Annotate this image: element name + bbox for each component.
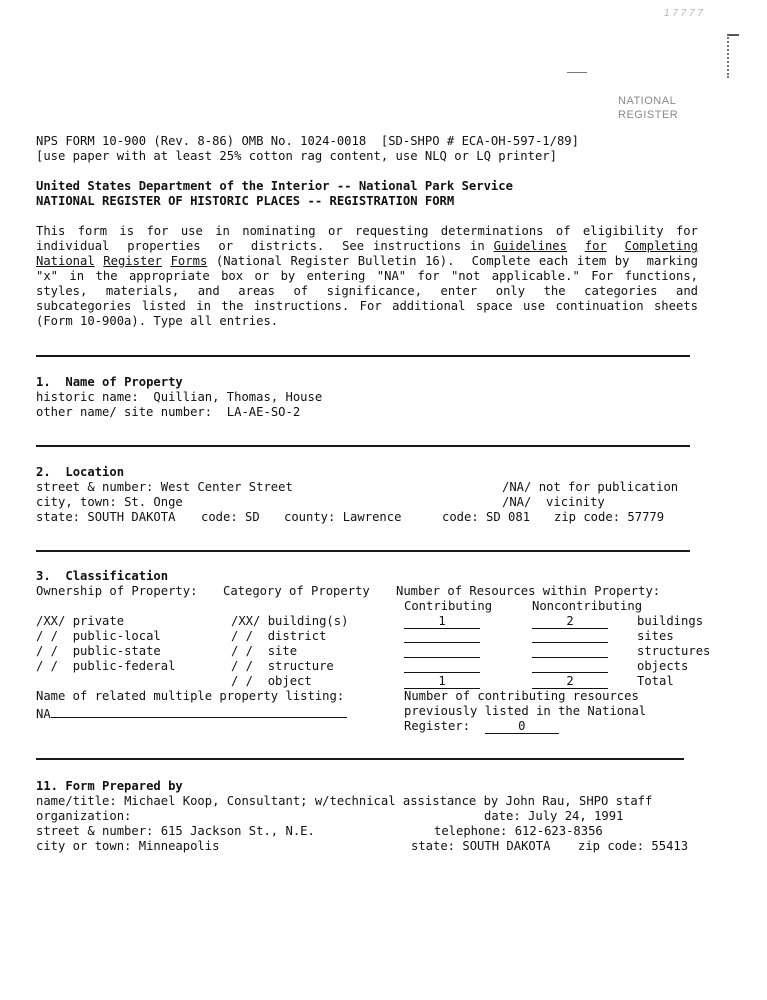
form-title: NATIONAL REGISTER OF HISTORIC PLACES -- …	[36, 194, 454, 209]
field-label: vicinity	[546, 495, 605, 509]
checkbox-mark: / /	[231, 674, 253, 688]
category-option-object: / / object	[231, 674, 312, 689]
multiple-listing-value: NA	[36, 707, 51, 721]
previously-listed-line2: previously listed in the National	[404, 704, 646, 719]
section2-heading: 2. Location	[36, 465, 124, 480]
category-label: Category of Property	[223, 584, 370, 599]
previously-listed-line1: Number of contributing resources	[404, 689, 639, 704]
instructions-line: (Form 10-900a). Type all entries.	[36, 314, 698, 329]
option-label: site	[268, 644, 297, 658]
date-value: July 24, 1991	[528, 809, 623, 823]
category-option-structure: / / structure	[231, 659, 334, 674]
instructions-line: subcategories listed in the instructions…	[36, 299, 698, 314]
ownership-option-public-federal: / / public-federal	[36, 659, 175, 674]
section-title: Name of Property	[65, 375, 182, 389]
section-divider	[36, 550, 690, 552]
ownership-option-public-state: / / public-state	[36, 644, 161, 659]
preparer-zip-value: 55413	[651, 839, 688, 853]
state-code-value: SD	[245, 510, 260, 524]
ownership-label: Ownership of Property:	[36, 584, 197, 599]
field-label: city, town:	[36, 495, 117, 509]
field-label: historic name:	[36, 390, 139, 404]
checkbox-mark: /XX/	[231, 614, 260, 628]
date-row: date: July 24, 1991	[484, 809, 623, 824]
field-label: telephone:	[434, 824, 507, 838]
county-code: code: SD 081	[442, 510, 530, 525]
historic-name-value: Quillian, Thomas, House	[153, 390, 322, 404]
resource-row-total: 1	[404, 674, 480, 689]
checkbox-mark: / /	[36, 644, 58, 658]
guidelines-link-text: Guidelines	[494, 239, 567, 253]
paper-instructions-line: [use paper with at least 25% cotton rag …	[36, 149, 557, 164]
contributing-count	[404, 629, 480, 643]
field-label: other name/ site number:	[36, 405, 212, 419]
instructions-line: individual properties or districts. See …	[36, 239, 698, 254]
previously-listed-count: 0	[485, 720, 559, 734]
option-label: private	[73, 614, 124, 628]
field-label: Register:	[404, 719, 470, 733]
site-number-value: LA-AE-SO-2	[227, 405, 300, 419]
zip: zip code: 57779	[554, 510, 664, 525]
stamp-national: NATIONAL	[618, 95, 676, 108]
form-number-line: NPS FORM 10-900 (Rev. 8-86) OMB No. 1024…	[36, 134, 579, 149]
option-label: object	[268, 674, 312, 688]
noncontributing-total: 2	[532, 675, 608, 689]
guidelines-link-text: Completing	[625, 239, 698, 253]
state-code: code: SD	[201, 510, 260, 525]
section11-heading: 11. Form Prepared by	[36, 779, 183, 794]
checkbox-mark: / /	[36, 629, 58, 643]
street-row: street & number: West Center Street	[36, 480, 293, 495]
ownership-option-public-local: / / public-local	[36, 629, 161, 644]
street-value: West Center Street	[161, 480, 293, 494]
preparer-state-value: SOUTH DAKOTA	[462, 839, 550, 853]
guidelines-link-text: for	[585, 239, 607, 253]
city-row: city, town: St. Onge	[36, 495, 183, 510]
section-title: Classification	[65, 569, 168, 583]
checkbox-mark: / /	[231, 629, 253, 643]
option-label: district	[268, 629, 327, 643]
noncontributing-count: 2	[532, 615, 608, 629]
city-value: St. Onge	[124, 495, 183, 509]
option-label: public-federal	[73, 659, 176, 673]
multiple-listing-blank	[51, 704, 347, 718]
preparer-zip-row: zip code: 55413	[578, 839, 688, 854]
field-label: date:	[484, 809, 521, 823]
telephone-row: telephone: 612-623-8356	[434, 824, 603, 839]
previously-listed-row: Register: 0	[404, 719, 559, 734]
option-label: building(s)	[268, 614, 349, 628]
state-value: SOUTH DAKOTA	[87, 510, 175, 524]
resources-label: Number of Resources within Property:	[396, 584, 660, 599]
ownership-option-private: /XX/ private	[36, 614, 124, 629]
option-label: public-local	[73, 629, 161, 643]
resource-type-label: sites	[637, 629, 674, 644]
handwritten-mark: 1 7 7 7 7	[664, 8, 703, 19]
stamp-register: REGISTER	[618, 109, 678, 122]
contributing-count	[404, 659, 480, 673]
category-option-site: / / site	[231, 644, 297, 659]
department-title: United States Department of the Interior…	[36, 179, 513, 194]
field-label: state:	[36, 510, 80, 524]
field-label: not for publication	[539, 480, 678, 494]
checkbox-mark: / /	[36, 659, 58, 673]
contributing-total: 1	[404, 675, 480, 689]
preparer-city-row: city or town: Minneapolis	[36, 839, 219, 854]
multiple-listing-row: NA	[36, 704, 347, 722]
noncontributing-count	[532, 629, 608, 643]
preparer-street-value: 615 Jackson St., N.E.	[161, 824, 315, 838]
telephone-value: 612-623-8356	[515, 824, 603, 838]
preparer-name-row: name/title: Michael Koop, Consultant; w/…	[36, 794, 652, 809]
resource-cell: 2	[532, 614, 608, 629]
zip-value: 57779	[627, 510, 664, 524]
section-title: Location	[65, 465, 124, 479]
county: county: Lawrence	[284, 510, 401, 525]
resource-type-label: Total	[637, 674, 674, 689]
historic-name-row: historic name: Quillian, Thomas, House	[36, 390, 322, 405]
instructions-line: styles, materials, and areas of signific…	[36, 284, 698, 299]
county-value: Lawrence	[343, 510, 402, 524]
instructions-paragraph: This form is for use in nominating or re…	[36, 224, 698, 329]
field-label: organization:	[36, 809, 131, 823]
resource-type-label: structures	[637, 644, 710, 659]
field-label: street & number:	[36, 480, 153, 494]
checkbox-mark: /NA/	[502, 480, 531, 494]
section3-heading: 3. Classification	[36, 569, 168, 584]
instructions-line: "x" in the appropriate box or by enterin…	[36, 269, 698, 284]
state-row: state: SOUTH DAKOTA	[36, 510, 175, 525]
field-label: code:	[442, 510, 479, 524]
vicinity-row: /NA/ vicinity	[502, 495, 605, 510]
instructions-line: This form is for use in nominating or re…	[36, 224, 698, 239]
multiple-listing-label: Name of related multiple property listin…	[36, 689, 344, 704]
preparer-state-row: state: SOUTH DAKOTA	[411, 839, 550, 854]
guidelines-link-text: Forms	[171, 254, 208, 268]
section-divider	[36, 355, 690, 357]
section-title: Form Prepared by	[65, 779, 182, 793]
checkbox-mark: /XX/	[36, 614, 65, 628]
field-label: zip code:	[578, 839, 644, 853]
organization-row: organization:	[36, 809, 139, 824]
not-for-publication-row: /NA/ not for publication	[502, 480, 678, 495]
checkbox-mark: / /	[231, 644, 253, 658]
resource-type-label: buildings	[637, 614, 703, 629]
category-option-district: / / district	[231, 629, 326, 644]
noncontributing-count	[532, 644, 608, 658]
resource-cell: 2	[532, 674, 608, 689]
other-name-row: other name/ site number: LA-AE-SO-2	[36, 405, 300, 420]
noncontributing-count	[532, 659, 608, 673]
contributing-count: 1	[404, 615, 480, 629]
field-label: city or town:	[36, 839, 131, 853]
section-divider	[36, 445, 690, 447]
field-label: state:	[411, 839, 455, 853]
resource-row-buildings: 1	[404, 614, 480, 629]
category-option-buildings: /XX/ building(s)	[231, 614, 348, 629]
guidelines-link-text: National	[36, 254, 95, 268]
stamp-bracket-mark	[727, 34, 739, 78]
instructions-line: National Register Forms (National Regist…	[36, 254, 698, 269]
section-number: 3.	[36, 569, 51, 583]
section-divider	[36, 758, 684, 760]
preparer-name-value: Michael Koop, Consultant; w/technical as…	[124, 794, 652, 808]
scan-smudge	[567, 68, 587, 73]
contributing-header: Contributing	[404, 599, 492, 614]
field-label: name/title:	[36, 794, 117, 808]
preparer-street-row: street & number: 615 Jackson St., N.E.	[36, 824, 315, 839]
option-label: public-state	[73, 644, 161, 658]
field-label: code:	[201, 510, 238, 524]
resource-type-label: objects	[637, 659, 688, 674]
guidelines-link-text: Register	[103, 254, 162, 268]
checkbox-mark: / /	[231, 659, 253, 673]
instructions-text: (National Register Bulletin 16). Complet…	[207, 254, 698, 268]
noncontributing-header: Noncontributing	[532, 599, 642, 614]
preparer-city-value: Minneapolis	[139, 839, 220, 853]
section1-heading: 1. Name of Property	[36, 375, 183, 390]
field-label: street & number:	[36, 824, 153, 838]
checkbox-mark: /NA/	[502, 495, 531, 509]
section-number: 1.	[36, 375, 51, 389]
instructions-text: individual properties or districts. See …	[36, 239, 494, 253]
county-code-value: SD 081	[486, 510, 530, 524]
field-label: zip code:	[554, 510, 620, 524]
contributing-count	[404, 644, 480, 658]
field-label: county:	[284, 510, 335, 524]
section-number: 2.	[36, 465, 51, 479]
section-number: 11.	[36, 779, 58, 793]
option-label: structure	[268, 659, 334, 673]
